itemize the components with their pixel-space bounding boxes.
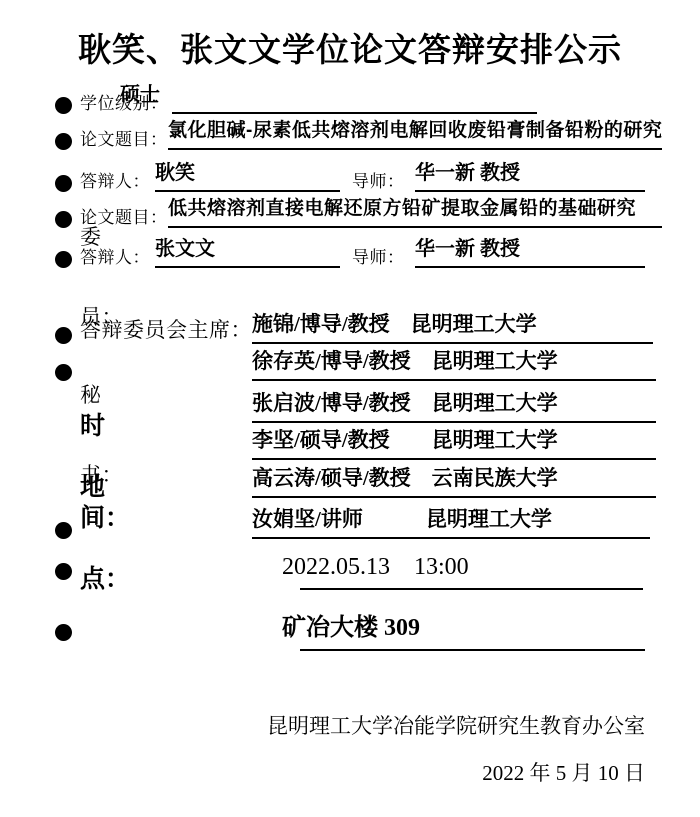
bullet-icon <box>55 563 72 580</box>
advisor-1-label: 导师： <box>352 167 405 192</box>
field-thesis-title-1: 论文题目： 氯化胆碱-尿素低共熔溶剂电解回收废铅膏制备铅粉的研究 <box>0 120 700 150</box>
thesis-title-1-label: 论文题目： <box>80 125 168 150</box>
place-label: 地 点： <box>80 411 277 651</box>
place-value: 矿冶大楼 309 <box>282 615 420 641</box>
advisor-2-value: 华一新 教授 <box>415 238 520 260</box>
bullet-icon <box>55 522 72 539</box>
committee-member-value: 李坚/硕导/教授 昆明理工大学 <box>252 428 558 452</box>
advisor-2-line: 华一新 教授 <box>415 238 645 268</box>
bullet-icon <box>55 251 72 268</box>
advisor-2-label: 导师： <box>352 243 405 268</box>
committee-member-value: 徐存英/博导/教授 昆明理工大学 <box>252 349 558 373</box>
bullet-icon <box>55 97 72 114</box>
page-title: 耿笑、张文文学位论文答辩安排公示 <box>0 24 700 71</box>
bullet-icon <box>55 175 72 192</box>
bullet-icon <box>55 624 72 641</box>
committee-member-line: 徐存英/博导/教授 昆明理工大学 <box>252 349 656 381</box>
place-line: 矿冶大楼 309 <box>300 615 645 651</box>
committee-member-line: 张启波/博导/教授 昆明理工大学 <box>252 391 656 423</box>
committee-member-value: 张启波/博导/教授 昆明理工大学 <box>252 391 558 415</box>
time-line: 2022.05.13 13:00 <box>300 554 643 590</box>
announcement-document: 耿笑、张文文学位论文答辩安排公示 学位级别： 硕士 论文题目： 氯化胆碱-尿素低… <box>0 0 700 817</box>
committee-member-line: 李坚/硕导/教授 昆明理工大学 <box>252 428 656 460</box>
time-value: 2022.05.13 13:00 <box>282 554 469 580</box>
bullet-icon <box>55 211 72 228</box>
bullet-icon <box>55 327 72 344</box>
chair-line: 施锦/博导/教授 昆明理工大学 <box>252 312 653 344</box>
field-degree-level: 学位级别： 硕士 <box>0 84 700 114</box>
bullet-icon <box>55 133 72 150</box>
footer-date: 2022 年 5 月 10 日 <box>0 757 700 787</box>
chair-value: 施锦/博导/教授 昆明理工大学 <box>252 312 537 336</box>
degree-level-value: 硕士 <box>120 84 160 106</box>
advisor-1-line: 华一新 教授 <box>415 162 645 192</box>
committee-member-line: 高云涛/硕导/教授 云南民族大学 <box>252 466 656 498</box>
thesis-title-1-line: 氯化胆碱-尿素低共熔溶剂电解回收废铅膏制备铅粉的研究 <box>168 120 662 150</box>
degree-level-line: 硕士 <box>172 84 537 114</box>
place-label-part1: 地 <box>80 467 277 503</box>
committee-label-part1: 委 <box>80 221 250 251</box>
secretary-line: 汝娟坚/讲师 昆明理工大学 <box>252 507 650 539</box>
place-label-part2: 点： <box>80 559 277 595</box>
advisor-1-value: 华一新 教授 <box>415 162 520 184</box>
thesis-title-1-value: 氯化胆碱-尿素低共熔溶剂电解回收废铅膏制备铅粉的研究 <box>168 120 662 141</box>
committee-label-part2: 员： <box>80 301 250 331</box>
committee-member-value: 高云涛/硕导/教授 云南民族大学 <box>252 466 558 490</box>
secretary-value: 汝娟坚/讲师 昆明理工大学 <box>252 507 552 531</box>
bullet-icon <box>55 364 72 381</box>
footer-office: 昆明理工大学冶能学院研究生教育办公室 <box>0 710 700 740</box>
field-place: 地 点： 矿冶大楼 309 <box>0 615 700 651</box>
